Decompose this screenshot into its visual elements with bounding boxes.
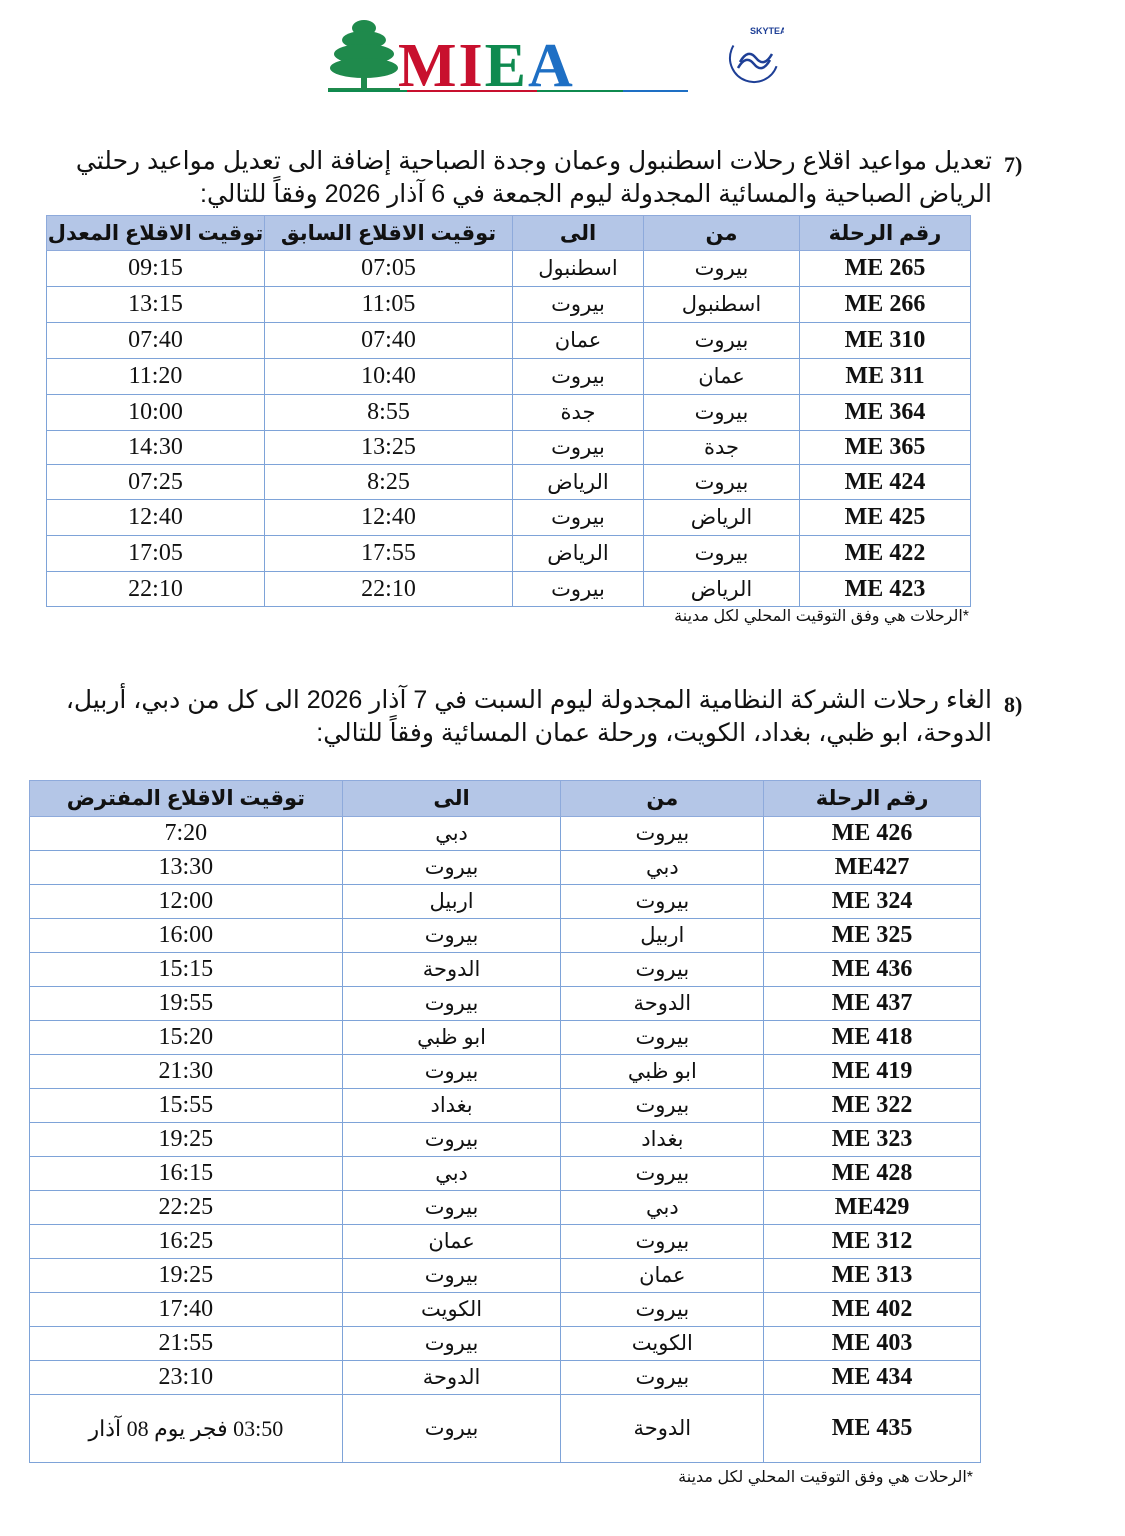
section-8-number: 8): [1004, 692, 1022, 718]
flight-number: ME 436: [764, 953, 981, 987]
section-8-footnote: *الرحلات هي وفق التوقيت المحلي لكل مدينة: [678, 1467, 973, 1487]
table-row: ME 403الكويتبيروت21:55: [30, 1327, 981, 1361]
table-row: ME 402بيروتالكويت17:40: [30, 1293, 981, 1327]
new-time: 11:20: [47, 359, 265, 395]
flight-number: ME 435: [764, 1395, 981, 1463]
flight-number: ME 403: [764, 1327, 981, 1361]
flight-number: ME 310: [800, 323, 971, 359]
origin: الدوحة: [561, 987, 764, 1021]
scheduled-time: 13:30: [30, 851, 343, 885]
old-time: 11:05: [265, 287, 513, 323]
section-8-text: الغاء رحلات الشركة النظامية المجدولة ليو…: [30, 684, 992, 750]
origin: بيروت: [561, 817, 764, 851]
scheduled-time: 03:50 فجر يوم 08 آذار: [30, 1395, 343, 1463]
origin: بيروت: [561, 1293, 764, 1327]
scheduled-time: 16:15: [30, 1157, 343, 1191]
table-row: ME 365جدةبيروت13:2514:30: [47, 431, 971, 465]
destination: دبي: [342, 817, 561, 851]
destination: اربيل: [342, 885, 561, 919]
cedar-tree-icon: [328, 14, 400, 92]
origin: الدوحة: [561, 1395, 764, 1463]
destination: بيروت: [342, 987, 561, 1021]
table-row: ME 419ابو ظبيبيروت21:30: [30, 1055, 981, 1089]
scheduled-time: 15:20: [30, 1021, 343, 1055]
table-row: ME427دبيبيروت13:30: [30, 851, 981, 885]
destination: بيروت: [342, 1191, 561, 1225]
flight-number: ME 266: [800, 287, 971, 323]
rescheduled-flights-table: رقم الرحلة من الى توقيت الاقلاع السابق ت…: [46, 215, 971, 607]
col-from: من: [561, 781, 764, 817]
origin: بيروت: [561, 1225, 764, 1259]
destination: الرياض: [513, 465, 644, 500]
mea-logo: MIEA SKYTEAM: [328, 14, 788, 94]
col-scheduled-departure: توقيت الاقلاع المفترض: [30, 781, 343, 817]
destination: بيروت: [513, 287, 644, 323]
origin: بيروت: [644, 251, 800, 287]
section-7-number: 7): [1004, 152, 1022, 178]
destination: جدة: [513, 395, 644, 431]
destination: عمان: [513, 323, 644, 359]
table-row: ME429دبيبيروت22:25: [30, 1191, 981, 1225]
col-flight-number: رقم الرحلة: [764, 781, 981, 817]
origin: بيروت: [561, 1089, 764, 1123]
destination: بيروت: [342, 919, 561, 953]
mea-wordmark: MIEA: [398, 38, 575, 94]
col-from: من: [644, 216, 800, 251]
flight-number: ME 426: [764, 817, 981, 851]
destination: الدوحة: [342, 953, 561, 987]
destination: بيروت: [342, 1259, 561, 1293]
flight-number: ME 364: [800, 395, 971, 431]
new-time: 09:15: [47, 251, 265, 287]
flight-number: ME 365: [800, 431, 971, 465]
origin: بغداد: [561, 1123, 764, 1157]
origin: جدة: [644, 431, 800, 465]
table-row: ME 310بيروتعمان07:4007:40: [47, 323, 971, 359]
origin: اسطنبول: [644, 287, 800, 323]
table-row: ME 364بيروتجدة8:5510:00: [47, 395, 971, 431]
scheduled-time: 12:00: [30, 885, 343, 919]
destination: بيروت: [342, 851, 561, 885]
origin: بيروت: [561, 1157, 764, 1191]
destination: بغداد: [342, 1089, 561, 1123]
destination: بيروت: [342, 1055, 561, 1089]
destination: بيروت: [513, 431, 644, 465]
origin: بيروت: [561, 885, 764, 919]
origin: دبي: [561, 1191, 764, 1225]
origin: الرياض: [644, 572, 800, 607]
scheduled-time: 16:00: [30, 919, 343, 953]
scheduled-time: 16:25: [30, 1225, 343, 1259]
table-row: ME 422بيروتالرياض17:5517:05: [47, 536, 971, 572]
table-row: ME 266اسطنبولبيروت11:0513:15: [47, 287, 971, 323]
scheduled-time: 22:25: [30, 1191, 343, 1225]
table-row: ME 265بيروتاسطنبول07:0509:15: [47, 251, 971, 287]
origin: الرياض: [644, 500, 800, 536]
flight-number: ME 434: [764, 1361, 981, 1395]
flight-number: ME 418: [764, 1021, 981, 1055]
destination: بيروت: [513, 359, 644, 395]
section-7-text: تعديل مواعيد اقلاع رحلات اسطنبول وعمان و…: [30, 145, 992, 211]
col-old-departure: توقيت الاقلاع السابق: [265, 216, 513, 251]
svg-text:SKYTEAM: SKYTEAM: [750, 26, 784, 36]
flight-number: ME 325: [764, 919, 981, 953]
destination: عمان: [342, 1225, 561, 1259]
scheduled-time: 19:55: [30, 987, 343, 1021]
new-time: 13:15: [47, 287, 265, 323]
old-time: 17:55: [265, 536, 513, 572]
flight-number: ME429: [764, 1191, 981, 1225]
new-time: 07:40: [47, 323, 265, 359]
origin: بيروت: [644, 323, 800, 359]
origin: بيروت: [561, 1361, 764, 1395]
new-time: 14:30: [47, 431, 265, 465]
table-row: ME 311عمانبيروت10:4011:20: [47, 359, 971, 395]
origin: اربيل: [561, 919, 764, 953]
origin: بيروت: [644, 465, 800, 500]
destination: بيروت: [342, 1395, 561, 1463]
section-7-footnote: *الرحلات هي وفق التوقيت المحلي لكل مدينة: [674, 606, 969, 626]
scheduled-time: 19:25: [30, 1259, 343, 1293]
table-row: ME 325اربيلبيروت16:00: [30, 919, 981, 953]
flight-number: ME 311: [800, 359, 971, 395]
destination: دبي: [342, 1157, 561, 1191]
old-time: 10:40: [265, 359, 513, 395]
scheduled-time: 15:55: [30, 1089, 343, 1123]
destination: الرياض: [513, 536, 644, 572]
table-row: ME 434بيروتالدوحة23:10: [30, 1361, 981, 1395]
table-row: ME 423الرياضبيروت22:1022:10: [47, 572, 971, 607]
scheduled-time: 19:25: [30, 1123, 343, 1157]
origin: بيروت: [644, 395, 800, 431]
table-row: ME 424بيروتالرياض8:2507:25: [47, 465, 971, 500]
new-time: 12:40: [47, 500, 265, 536]
flight-number: ME 265: [800, 251, 971, 287]
old-time: 8:55: [265, 395, 513, 431]
col-to: الى: [513, 216, 644, 251]
table-row: ME 312بيروتعمان16:25: [30, 1225, 981, 1259]
origin: بيروت: [561, 1021, 764, 1055]
flight-number: ME 402: [764, 1293, 981, 1327]
scheduled-time: 21:55: [30, 1327, 343, 1361]
old-time: 13:25: [265, 431, 513, 465]
new-time: 22:10: [47, 572, 265, 607]
table-row: ME 426بيروتدبي7:20: [30, 817, 981, 851]
old-time: 12:40: [265, 500, 513, 536]
table-row: ME 323بغدادبيروت19:25: [30, 1123, 981, 1157]
new-time: 07:25: [47, 465, 265, 500]
origin: بيروت: [644, 536, 800, 572]
origin: عمان: [644, 359, 800, 395]
table-row: ME 324بيروتاربيل12:00: [30, 885, 981, 919]
origin: عمان: [561, 1259, 764, 1293]
table-row: ME 435الدوحةبيروت03:50 فجر يوم 08 آذار: [30, 1395, 981, 1463]
table-row: ME 425الرياضبيروت12:4012:40: [47, 500, 971, 536]
destination: ابو ظبي: [342, 1021, 561, 1055]
flight-number: ME 437: [764, 987, 981, 1021]
flight-number: ME 423: [800, 572, 971, 607]
flight-number: ME 422: [800, 536, 971, 572]
table-row: ME 418بيروتابو ظبي15:20: [30, 1021, 981, 1055]
scheduled-time: 15:15: [30, 953, 343, 987]
table-row: ME 436بيروتالدوحة15:15: [30, 953, 981, 987]
destination: الدوحة: [342, 1361, 561, 1395]
destination: بيروت: [513, 572, 644, 607]
destination: بيروت: [513, 500, 644, 536]
flight-number: ME 424: [800, 465, 971, 500]
flight-number: ME 419: [764, 1055, 981, 1089]
new-time: 17:05: [47, 536, 265, 572]
scheduled-time: 17:40: [30, 1293, 343, 1327]
table-row: ME 428بيروتدبي16:15: [30, 1157, 981, 1191]
destination: بيروت: [342, 1123, 561, 1157]
origin: ابو ظبي: [561, 1055, 764, 1089]
old-time: 07:40: [265, 323, 513, 359]
origin: الكويت: [561, 1327, 764, 1361]
old-time: 22:10: [265, 572, 513, 607]
flight-number: ME 324: [764, 885, 981, 919]
flight-number: ME427: [764, 851, 981, 885]
table-header-row: رقم الرحلة من الى توقيت الاقلاع السابق ت…: [47, 216, 971, 251]
flight-number: ME 312: [764, 1225, 981, 1259]
scheduled-time: 23:10: [30, 1361, 343, 1395]
origin: دبي: [561, 851, 764, 885]
cancelled-flights-table: رقم الرحلة من الى توقيت الاقلاع المفترض …: [29, 780, 981, 1463]
flight-number: ME 313: [764, 1259, 981, 1293]
destination: اسطنبول: [513, 251, 644, 287]
old-time: 8:25: [265, 465, 513, 500]
flight-number: ME 323: [764, 1123, 981, 1157]
table-row: ME 313عمانبيروت19:25: [30, 1259, 981, 1293]
table-header-row: رقم الرحلة من الى توقيت الاقلاع المفترض: [30, 781, 981, 817]
old-time: 07:05: [265, 251, 513, 287]
flight-number: ME 428: [764, 1157, 981, 1191]
destination: الكويت: [342, 1293, 561, 1327]
flight-number: ME 322: [764, 1089, 981, 1123]
scheduled-time: 21:30: [30, 1055, 343, 1089]
col-new-departure: توقيت الاقلاع المعدل: [47, 216, 265, 251]
skyteam-logo-icon: SKYTEAM: [720, 22, 784, 86]
new-time: 10:00: [47, 395, 265, 431]
col-to: الى: [342, 781, 561, 817]
origin: بيروت: [561, 953, 764, 987]
scheduled-time: 7:20: [30, 817, 343, 851]
flight-number: ME 425: [800, 500, 971, 536]
table-row: ME 437الدوحةبيروت19:55: [30, 987, 981, 1021]
col-flight-number: رقم الرحلة: [800, 216, 971, 251]
destination: بيروت: [342, 1327, 561, 1361]
logo-underline: [328, 90, 688, 92]
table-row: ME 322بيروتبغداد15:55: [30, 1089, 981, 1123]
